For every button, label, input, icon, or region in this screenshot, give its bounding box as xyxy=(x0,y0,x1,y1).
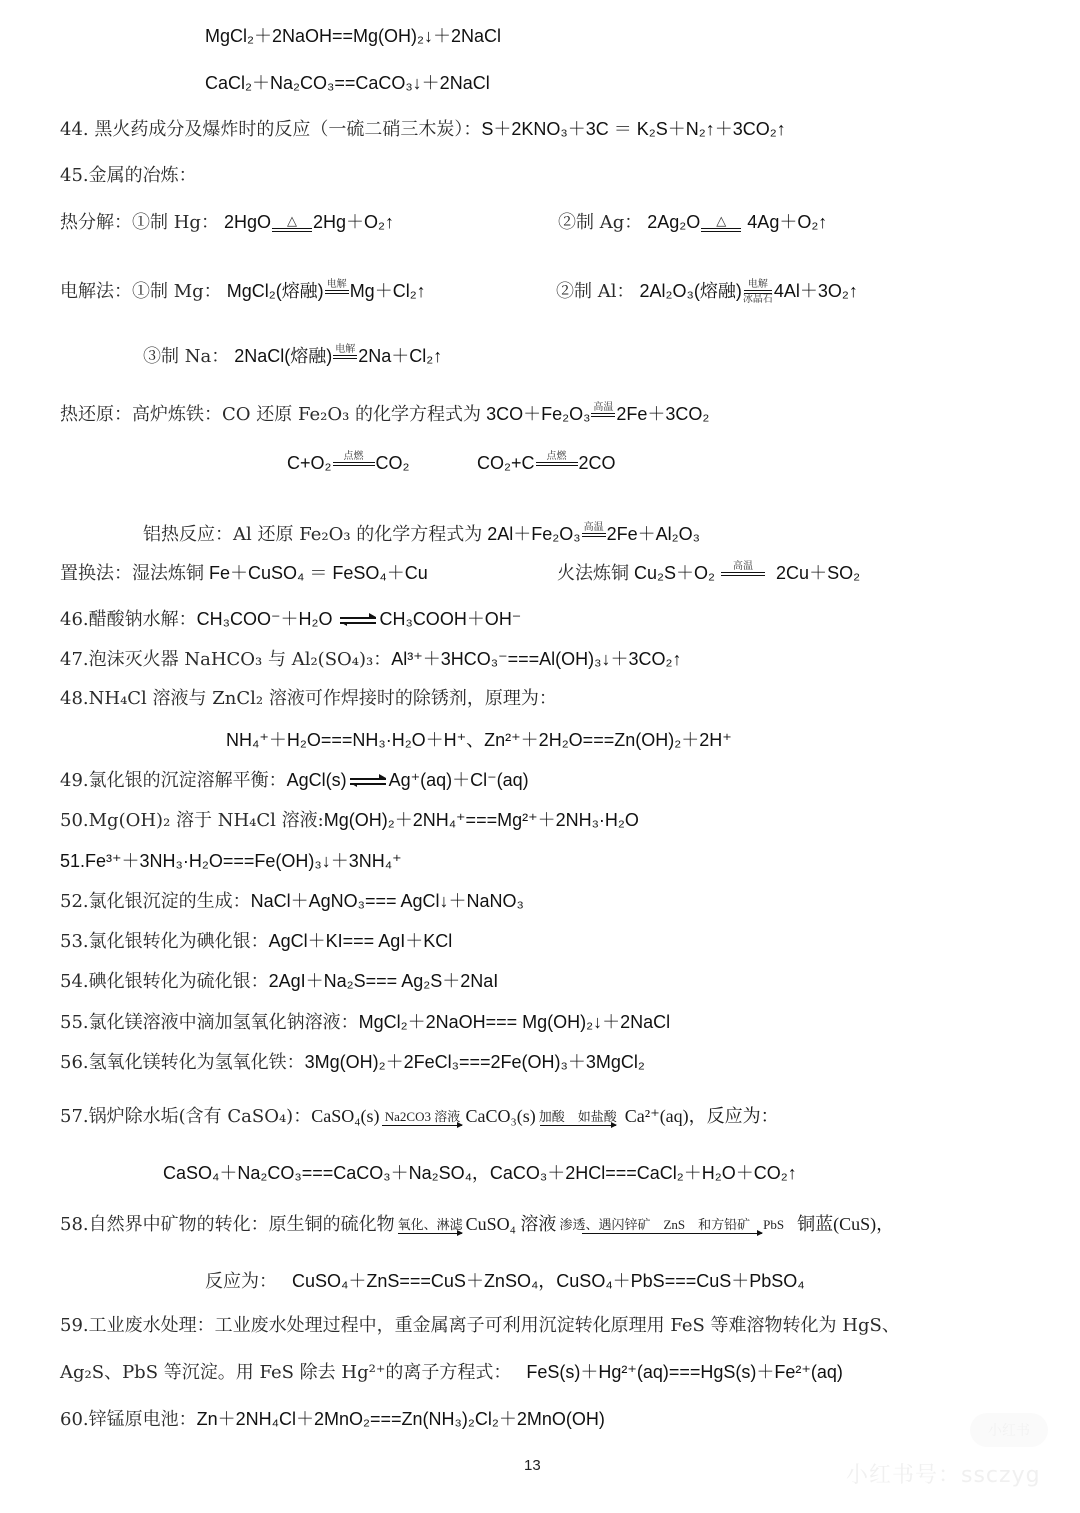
item-52-equation: NaCl＋AgNO₃=== AgCl↓＋NaNO₃ xyxy=(251,891,524,911)
na-product: 2Na＋Cl₂↑ xyxy=(358,346,442,366)
item-50-equation: Mg(OH)₂＋2NH₄⁺===Mg²⁺＋2NH₃·H₂O xyxy=(324,810,639,830)
item-58-step2: CuSO₄ 溶液 xyxy=(466,1214,557,1234)
high-temp-condition: 高温 xyxy=(721,561,765,587)
item-56-label: 56.氢氧化镁转化为氢氧化铁： xyxy=(60,1052,305,1073)
hg-product: 2Hg＋O₂↑ xyxy=(313,212,394,232)
page-number: 13 xyxy=(524,1457,541,1474)
item-53-label: 53.氯化银转化为碘化银： xyxy=(60,931,269,952)
item-46-product: CH₃COOH＋OH⁻ xyxy=(379,609,521,629)
al-row: ②制 Al： 2Al₂O₃(熔融)电解冰晶石4Al＋3O₂↑ xyxy=(556,279,858,305)
high-temp-condition: 高温 xyxy=(591,402,615,428)
item-58: 58.自然界中矿物的转化：原生铜的硫化物氧化、淋滤CuSO₄ 溶液渗透、遇闪锌矿… xyxy=(60,1212,894,1237)
item-57-equation: CaSO₄＋Na₂CO₃===CaCO₃＋Na₂SO₄，CaCO₃＋2HCl==… xyxy=(163,1161,797,1185)
hg-label: ①制 Hg： xyxy=(132,212,219,233)
ag-product: 4Ag＋O₂↑ xyxy=(747,212,827,232)
item-60-label: 60.锌锰原电池： xyxy=(60,1409,197,1430)
item-49-product: Ag⁺(aq)＋Cl⁻(aq) xyxy=(389,770,529,790)
item-59-line1: 59.工业废水处理：工业废水处理过程中，重金属离子可利用沉淀转化原理用 FeS … xyxy=(60,1314,900,1338)
item-60-equation: Zn＋2NH₄Cl＋2MnO₂===Zn(NH₃)₂Cl₂＋2MnO(OH) xyxy=(197,1409,605,1429)
item-51: 51.Fe³⁺＋3NH₃·H₂O===Fe(OH)₃↓＋3NH₄⁺ xyxy=(60,849,402,873)
item-46-label: 46.醋酸钠水解： xyxy=(60,609,197,630)
high-temp-condition: 高温 xyxy=(582,522,606,548)
co2-c-reactant: CO₂+C xyxy=(477,453,535,473)
wet-copper-equation: Fe＋CuSO₄ ＝ FeSO₄＋Cu xyxy=(209,563,428,583)
item-59-equation: FeS(s)＋Hg²⁺(aq)===HgS(s)＋Fe²⁺(aq) xyxy=(526,1362,843,1382)
item-53-equation: AgCl＋KI=== AgI＋KCl xyxy=(269,931,453,951)
item-52: 52.氯化银沉淀的生成：NaCl＋AgNO₃=== AgCl↓＋NaNO₃ xyxy=(60,889,524,914)
na-row: ③制 Na： 2NaCl(熔融)电解 2Na＋Cl₂↑ xyxy=(143,344,442,370)
al-product: 4Al＋3O₂↑ xyxy=(774,281,858,301)
blast-furnace-reactant: 3CO＋Fe₂O₃ xyxy=(486,404,590,424)
item-50-label: 50.Mg(OH)₂ 溶于 NH₄Cl 溶液: xyxy=(60,810,324,831)
thermite-reactant: 2Al＋Fe₂O₃ xyxy=(487,524,580,544)
wet-copper-desc: 湿法炼铜 xyxy=(132,563,204,584)
thermal-decomposition-label: 热分解： xyxy=(60,212,132,233)
reaction-arrow-icon: Na2CO3 溶液 xyxy=(382,1109,462,1126)
item-54-equation: 2AgI＋Na₂S=== Ag₂S＋2NaI xyxy=(269,971,499,991)
item-59-line2: Ag₂S、PbS 等沉淀。用 FeS 除去 Hg²⁺的离子方程式： FeS(s)… xyxy=(60,1360,843,1385)
c-o2-reactant: C+O₂ xyxy=(287,453,332,473)
fire-copper-desc: 火法炼铜 xyxy=(557,563,629,584)
electrolysis-cryolite-condition: 电解冰晶石 xyxy=(743,279,773,305)
item-46-reactant: CH₃COO⁻＋H₂O xyxy=(197,609,333,629)
item-60: 60.锌锰原电池：Zn＋2NH₄Cl＋2MnO₂===Zn(NH₃)₂Cl₂＋2… xyxy=(60,1407,605,1432)
item-48-equation: NH₄⁺＋H₂O===NH₃·H₂O＋H⁺、Zn²⁺＋2H₂O===Zn(OH)… xyxy=(226,728,732,752)
thermal-decomposition-row: 热分解：①制 Hg： 2HgO△2Hg＋O₂↑ xyxy=(60,210,394,235)
item-59-text: Ag₂S、PbS 等沉淀。用 FeS 除去 Hg²⁺的离子方程式： xyxy=(60,1362,511,1383)
item-54-label: 54.碘化银转化为硫化银： xyxy=(60,971,269,992)
fire-copper-row: 火法炼铜 Cu₂S＋O₂ 高温 2Cu＋SO₂ xyxy=(557,561,860,587)
item-57-step2: CaCO₃(s) xyxy=(465,1106,535,1126)
heat-condition: △ xyxy=(272,215,312,232)
item-56: 56.氢氧化镁转化为氢氧化铁：3Mg(OH)₂＋2FeCl₃===2Fe(OH)… xyxy=(60,1050,645,1075)
thermite-desc: 铝热反应：Al 还原 Fe₂O₃ 的化学方程式为 xyxy=(143,524,482,545)
item-44: 44. 黑火药成分及爆炸时的反应（一硫二硝三木炭）：S＋2KNO₃＋3C ＝ K… xyxy=(60,117,786,142)
thermite-product: 2Fe＋Al₂O₃ xyxy=(607,524,700,544)
equation-cacl2-na2co3: CaCl₂＋Na₂CO₃==CaCO₃↓＋2NaCl xyxy=(205,71,490,95)
electrolysis-label: 电解法： xyxy=(60,281,132,302)
item-54: 54.碘化银转化为硫化银：2AgI＋Na₂S=== Ag₂S＋2NaI xyxy=(60,969,498,994)
reaction-arrow-icon: 加酸 如盐酸 xyxy=(539,1109,617,1126)
item-58-equation: CuSO₄＋ZnS===CuS＋ZnSO₄，CuSO₄＋PbS===CuS＋Pb… xyxy=(292,1271,805,1291)
mg-product: Mg＋Cl₂↑ xyxy=(350,281,426,301)
displacement-row: 置换法：湿法炼铜 Fe＋CuSO₄ ＝ FeSO₄＋Cu xyxy=(60,561,428,586)
delta-icon: △ xyxy=(287,215,297,228)
item-49: 49.氯化银的沉淀溶解平衡：AgCl(s)Ag⁺(aq)＋Cl⁻(aq) xyxy=(60,768,529,793)
electrolysis-condition: 电解 xyxy=(325,279,349,305)
na-label: ③制 Na： xyxy=(143,346,229,367)
blast-furnace-desc: 高炉炼铁：CO 还原 Fe₂O₃ 的化学方程式为 xyxy=(132,404,481,425)
item-53: 53.氯化银转化为碘化银：AgCl＋KI=== AgI＋KCl xyxy=(60,929,452,954)
item-57-label: 57.锅炉除水垢(含有 CaSO₄)： xyxy=(60,1106,311,1127)
watermark-text: 小红书号：ssczyg xyxy=(846,1458,1041,1489)
na-reactant: 2NaCl(熔融) xyxy=(234,346,332,366)
mg-label: ①制 Mg： xyxy=(132,281,222,302)
heat-condition: △ xyxy=(701,215,741,232)
item-46: 46.醋酸钠水解：CH₃COO⁻＋H₂O CH₃COOH＋OH⁻ xyxy=(60,607,521,632)
item-58-step3: 铜蓝(CuS)， xyxy=(797,1214,894,1234)
hg-reactant: 2HgO xyxy=(224,212,271,232)
carbon-combustion-row: C+O₂点燃 CO₂ xyxy=(287,451,410,477)
item-58-reaction: 反应为： CuSO₄＋ZnS===CuS＋ZnSO₄，CuSO₄＋PbS===C… xyxy=(205,1269,805,1294)
co2-reduction-row: CO₂+C点燃 2CO xyxy=(477,451,616,477)
electrolysis-condition: 电解 xyxy=(333,344,357,370)
ag-label: ②制 Ag： xyxy=(558,212,642,233)
watermark-logo: 小红书 xyxy=(970,1413,1048,1447)
thermal-reduction-row: 热还原：高炉炼铁：CO 还原 Fe₂O₃ 的化学方程式为 3CO＋Fe₂O₃高温… xyxy=(60,402,709,428)
item-51-label: 51. xyxy=(60,851,85,871)
reaction-arrow-icon: 渗透、遇闪锌矿 ZnS 和方铅矿 PbS xyxy=(559,1217,784,1234)
item-49-reactant: AgCl(s) xyxy=(287,770,347,790)
fire-copper-reactant: Cu₂S＋O₂ xyxy=(634,563,715,583)
reaction-arrow-icon: 氧化、淋滤 xyxy=(398,1217,463,1234)
ag-row: ②制 Ag： 2Ag₂O△ 4Ag＋O₂↑ xyxy=(558,210,827,235)
equilibrium-arrow-icon xyxy=(340,615,376,625)
displacement-label: 置换法： xyxy=(60,563,132,584)
item-44-label: 44. 黑火药成分及爆炸时的反应（一硫二硝三木炭）： xyxy=(60,119,481,140)
co2-product: CO₂ xyxy=(376,453,410,473)
ignite-condition: 点燃 xyxy=(536,451,578,477)
item-47-label: 47.泡沫灭火器 NaHCO₃ 与 Al₂(SO₄)₃： xyxy=(60,649,391,670)
item-47-equation: Al³⁺＋3HCO₃⁻===Al(OH)₃↓＋3CO₂↑ xyxy=(391,649,681,669)
item-55-label: 55.氯化镁溶液中滴加氢氧化钠溶液： xyxy=(60,1012,359,1033)
co-product: 2CO xyxy=(579,453,616,473)
electrolysis-row: 电解法：①制 Mg： MgCl₂(熔融)电解 Mg＋Cl₂↑ xyxy=(60,279,426,305)
item-57: 57.锅炉除水垢(含有 CaSO₄)：CaSO₄(s)Na2CO3 溶液CaCO… xyxy=(60,1104,779,1129)
fire-copper-product: 2Cu＋SO₂ xyxy=(776,563,860,583)
item-56-equation: 3Mg(OH)₂＋2FeCl₃===2Fe(OH)₃＋3MgCl₂ xyxy=(305,1052,645,1072)
item-57-step3: Ca²⁺(aq)，反应为： xyxy=(625,1106,779,1126)
al-label: ②制 Al： xyxy=(556,281,634,302)
item-55-equation: MgCl₂＋2NaOH=== Mg(OH)₂↓＋2NaCl xyxy=(359,1012,671,1032)
item-52-label: 52.氯化银沉淀的生成： xyxy=(60,891,251,912)
item-50: 50.Mg(OH)₂ 溶于 NH₄Cl 溶液:Mg(OH)₂＋2NH₄⁺===M… xyxy=(60,808,639,833)
item-49-label: 49.氯化银的沉淀溶解平衡： xyxy=(60,770,287,791)
ignite-condition: 点燃 xyxy=(333,451,375,477)
item-44-equation: S＋2KNO₃＋3C ＝ K₂S＋N₂↑＋3CO₂↑ xyxy=(481,119,785,139)
item-58-reaction-label: 反应为： xyxy=(205,1271,277,1292)
item-45-heading: 45.金属的冶炼： xyxy=(60,164,197,188)
equation-mgcl2-naoh: MgCl₂＋2NaOH==Mg(OH)₂↓＋2NaCl xyxy=(205,24,501,48)
blast-furnace-product: 2Fe＋3CO₂ xyxy=(616,404,709,424)
item-58-label: 58.自然界中矿物的转化：原生铜的硫化物 xyxy=(60,1214,395,1235)
item-55: 55.氯化镁溶液中滴加氢氧化钠溶液：MgCl₂＋2NaOH=== Mg(OH)₂… xyxy=(60,1010,670,1035)
ag-reactant: 2Ag₂O xyxy=(647,212,700,232)
item-48-label: 48.NH₄Cl 溶液与 ZnCl₂ 溶液可作焊接时的除锈剂，原理为： xyxy=(60,687,557,711)
item-51-equation: Fe³⁺＋3NH₃·H₂O===Fe(OH)₃↓＋3NH₄⁺ xyxy=(85,851,402,871)
al-reactant: 2Al₂O₃(熔融) xyxy=(640,281,742,301)
item-57-step1: CaSO₄(s) xyxy=(311,1106,379,1126)
thermite-row: 铝热反应：Al 还原 Fe₂O₃ 的化学方程式为 2Al＋Fe₂O₃高温 2Fe… xyxy=(143,522,700,548)
delta-icon: △ xyxy=(716,215,726,228)
item-47: 47.泡沫灭火器 NaHCO₃ 与 Al₂(SO₄)₃：Al³⁺＋3HCO₃⁻=… xyxy=(60,647,681,672)
equilibrium-arrow-icon xyxy=(350,776,386,786)
mg-reactant: MgCl₂(熔融) xyxy=(227,281,324,301)
thermal-reduction-label: 热还原： xyxy=(60,404,132,425)
